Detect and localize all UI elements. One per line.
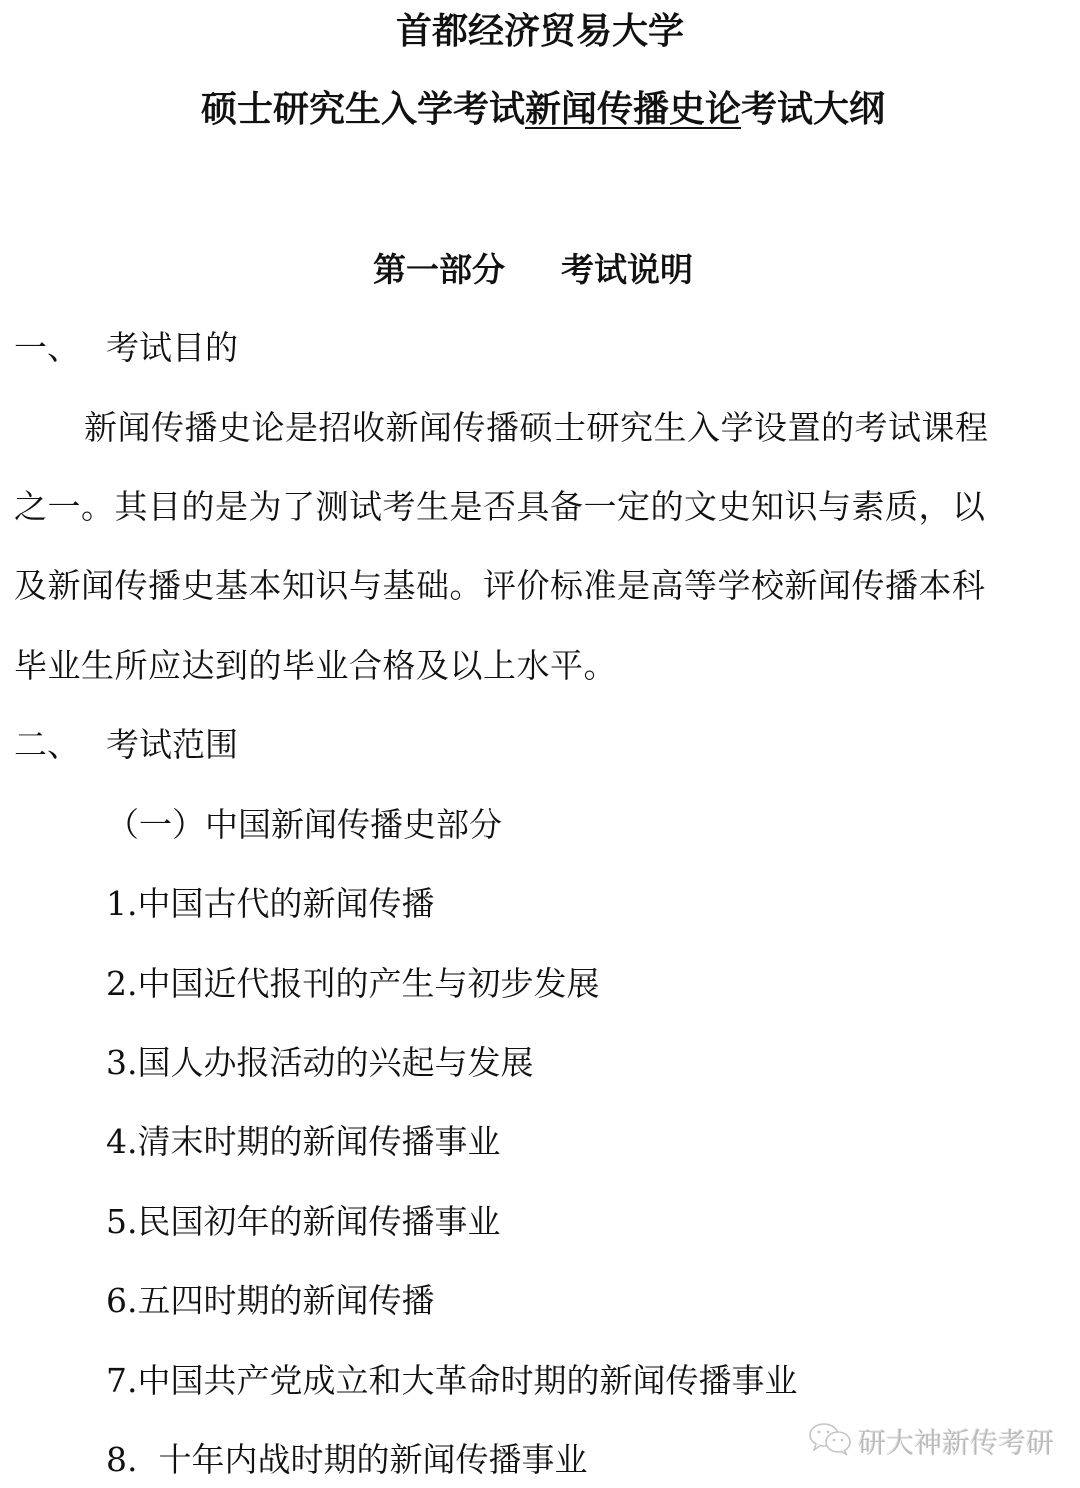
paragraph-line: 新闻传播史论是招收新闻传播硕士研究生入学设置的考试课程 xyxy=(84,408,989,448)
list-item: 8. 十年内战时期的新闻传播事业 xyxy=(106,1440,587,1480)
part-label: 第一部分 xyxy=(373,250,505,289)
subject-name: 新闻传播史论 xyxy=(525,89,741,130)
list-item: 1.中国古代的新闻传播 xyxy=(106,884,435,924)
list-item: 3.国人办报活动的兴起与发展 xyxy=(106,1043,534,1083)
section-heading-1: 一、考试目的 xyxy=(14,328,238,368)
subtitle-suffix: 考试大纲 xyxy=(741,89,885,130)
section-number: 一、 xyxy=(14,328,80,367)
section-title: 考试目的 xyxy=(106,328,238,367)
list-item: 2.中国近代报刊的产生与初步发展 xyxy=(106,964,600,1004)
paragraph-line: 之一。其目的是为了测试考生是否具备一定的文史知识与素质，以 xyxy=(14,487,986,527)
list-item: 6.五四时期的新闻传播 xyxy=(106,1281,435,1321)
part-heading: 第一部分考试说明 xyxy=(373,250,693,290)
list-item: 4.清末时期的新闻传播事业 xyxy=(106,1122,501,1162)
section-title: 考试范围 xyxy=(106,725,238,764)
watermark-text: 研大神新传考研 xyxy=(858,1427,1054,1460)
wechat-icon xyxy=(808,1422,854,1465)
university-name: 首都经济贸易大学 xyxy=(396,11,684,52)
paragraph-line: 及新闻传播史基本知识与基础。评价标准是高等学校新闻传播本科 xyxy=(14,566,986,606)
list-item: 7.中国共产党成立和大革命时期的新闻传播事业 xyxy=(106,1361,798,1401)
watermark: 研大神新传考研 xyxy=(808,1422,1054,1465)
list-item: 5.民国初年的新闻传播事业 xyxy=(106,1202,501,1242)
paragraph-line: 毕业生所应达到的毕业合格及以上水平。 xyxy=(14,646,617,686)
section-number: 二、 xyxy=(14,725,80,764)
subsection-label: （一）中国新闻传播史部分 xyxy=(106,805,502,845)
section-heading-2: 二、考试范围 xyxy=(14,725,238,765)
subtitle-prefix: 硕士研究生入学考试 xyxy=(201,89,525,130)
part-name: 考试说明 xyxy=(561,250,693,289)
document-title: 首都经济贸易大学 xyxy=(0,12,1080,52)
document-subtitle: 硕士研究生入学考试新闻传播史论考试大纲 xyxy=(0,90,1080,130)
